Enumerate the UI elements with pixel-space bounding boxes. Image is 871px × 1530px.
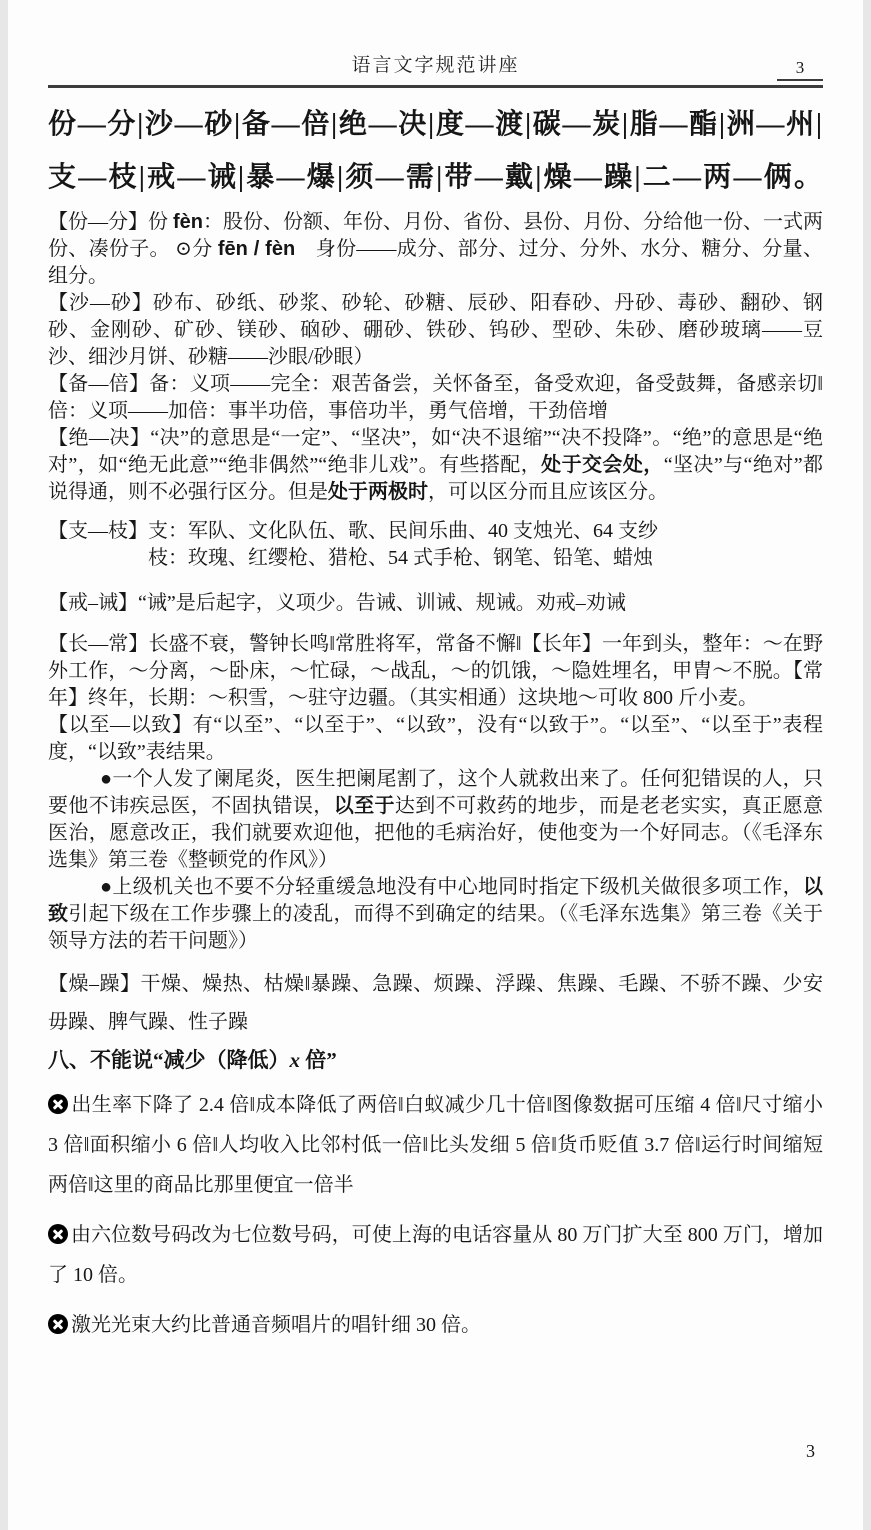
example-quote-1: ●一个人发了阑尾炎，医生把阑尾割了，这个人就救出来了。任何犯错误的人，只要他不讳… — [48, 766, 823, 874]
entry-zhi-line-1: 【支—枝】支：军队、文化队伍、歌、民间乐曲、40 支烛光、64 支纱 — [48, 518, 823, 545]
wrong-example-2: 由六位数号码改为七位数号码，可使上海的电话容量从 80 万门扩大至 800 万门… — [48, 1215, 823, 1295]
document-page: 语言文字规范讲座 3 份—分|沙—砂|备—倍|绝—决|度—渡|碳—炭|脂—酯|洲… — [8, 0, 863, 1530]
entry-chang: 【长—常】长盛不衰，警钟长鸣‖常胜将军，常备不懈‖【长年】一年到头，整年：～在野… — [48, 631, 823, 712]
headword-block: 份—分|沙—砂|备—倍|绝—决|度—渡|碳—炭|脂—酯|洲—州| 支—枝|戒—诫… — [48, 98, 823, 204]
section-8-heading: 八、不能说“减少（降低）x 倍” — [48, 1045, 823, 1075]
entry-jue: 【绝—决】“决”的意思是“一定”、“坚决”，如“决不退缩”“决不投降”。“绝”的… — [48, 425, 823, 506]
headword-line-2: 支—枝|戒—诫|暴—爆|须—需|带—戴|燥—躁|二—两—俩。 — [48, 151, 823, 204]
entry-yizhi: 【以至—以致】有“以至”、“以至于”、“以致”，没有“以致于”。“以至”、“以至… — [48, 712, 823, 766]
page-header: 语言文字规范讲座 3 — [48, 0, 823, 88]
headword-line-1: 份—分|沙—砂|备—倍|绝—决|度—渡|碳—炭|脂—酯|洲—州| — [48, 98, 823, 151]
circled-x-icon — [48, 1094, 68, 1114]
footer-page-number: 3 — [806, 1441, 815, 1462]
wrong-example-2-text: 由六位数号码改为七位数号码，可使上海的电话容量从 80 万门扩大至 800 万门… — [48, 1224, 823, 1286]
entry-sha: 【沙—砂】砂布、砂纸、砂浆、砂轮、砂糖、辰砂、阳春砂、丹砂、毒砂、翻砂、钢砂、金… — [48, 290, 823, 371]
entry-zao: 【燥–躁】干燥、燥热、枯燥‖暴躁、急躁、烦躁、浮躁、焦躁、毛躁、不骄不躁、少安毋… — [48, 965, 823, 1041]
example-quote-2: ●上级机关也不要不分轻重缓急地没有中心地同时指定下级机关做很多项工作，以致引起下… — [48, 874, 823, 955]
wrong-example-3: 激光光束大约比普通音频唱片的唱针细 30 倍。 — [48, 1305, 823, 1345]
running-title: 语言文字规范讲座 — [48, 50, 823, 77]
wrong-example-1-text: 出生率下降了 2.4 倍‖成本降低了两倍‖白蚁减少几十倍‖图像数据可压缩 4 倍… — [48, 1094, 823, 1196]
entry-fen: 【份—分】份 fèn：股份、份额、年份、月份、省份、县份、月份、分给他一份、一式… — [48, 209, 823, 290]
circled-x-icon — [48, 1224, 68, 1244]
wrong-example-1: 出生率下降了 2.4 倍‖成本降低了两倍‖白蚁减少几十倍‖图像数据可压缩 4 倍… — [48, 1085, 823, 1205]
circled-x-icon — [48, 1314, 68, 1334]
wrong-example-3-text: 激光光束大约比普通音频唱片的唱针细 30 倍。 — [71, 1314, 481, 1336]
entry-bei: 【备—倍】备：义项——完全：艰苦备尝，关怀备至，备受欢迎，备受鼓舞，备感亲切‖倍… — [48, 371, 823, 425]
entry-zhi-line-2: 枝：玫瑰、红缨枪、猎枪、54 式手枪、钢笔、铅笔、蜡烛 — [48, 545, 823, 572]
header-page-number: 3 — [777, 58, 823, 81]
entry-jie: 【戒–诫】“诫”是后起字，义项少。告诫、训诫、规诫。劝戒–劝诫 — [48, 590, 823, 617]
